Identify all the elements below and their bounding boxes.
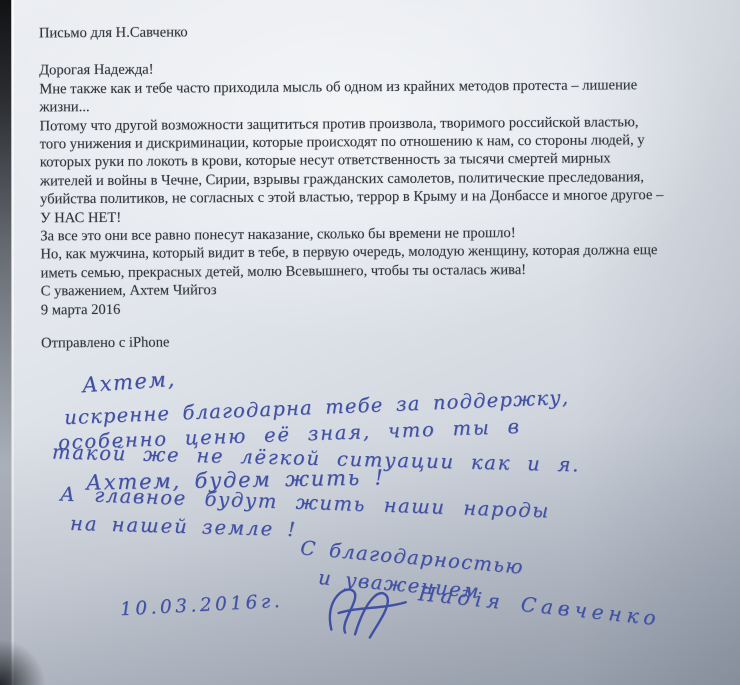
photo-left-edge bbox=[0, 0, 12, 685]
signature-flourish bbox=[319, 579, 415, 644]
printed-letter: Письмо для Н.Савченко Дорогая Надежда! М… bbox=[39, 20, 731, 353]
photo-of-letter: Письмо для Н.Савченко Дорогая Надежда! М… bbox=[0, 0, 740, 685]
letter-title: Письмо для Н.Савченко bbox=[39, 20, 729, 43]
